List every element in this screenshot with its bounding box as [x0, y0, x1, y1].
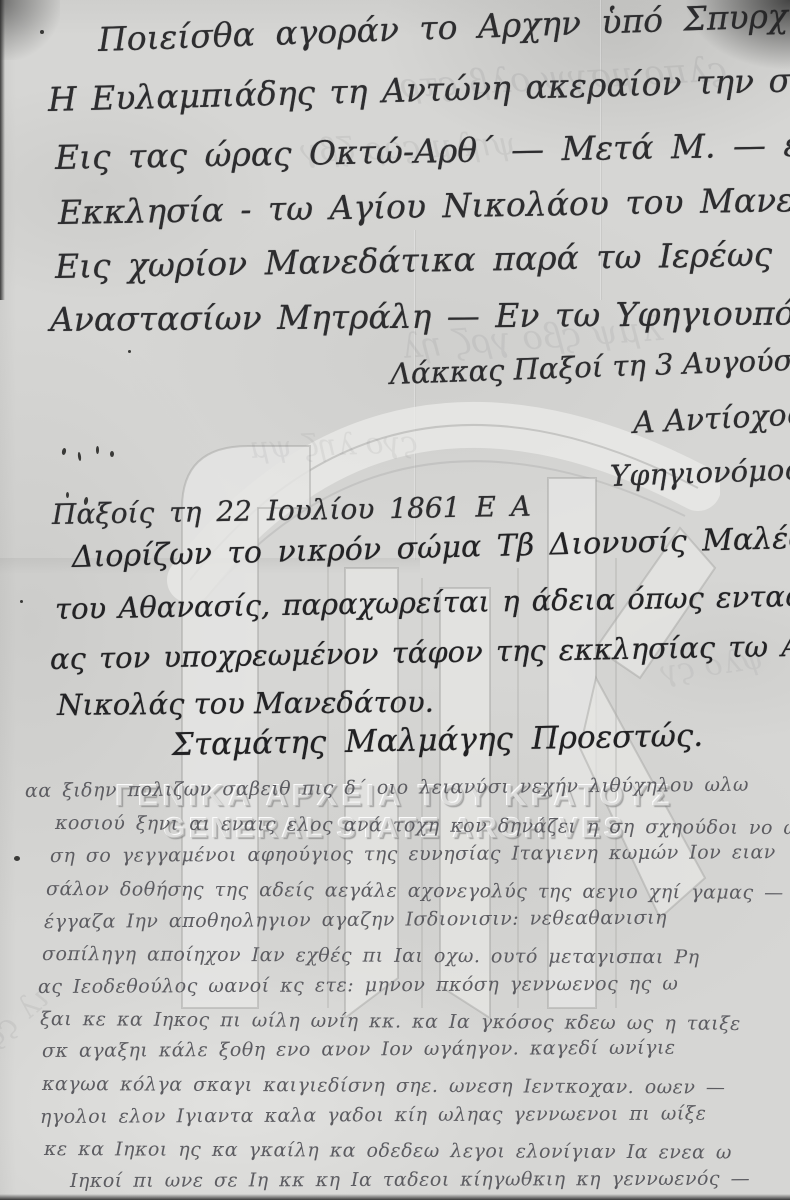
handwriting-line-faded: καγωα κόλγα σκαγι καιγιεδίσνη σηε. ωνεση…: [42, 1073, 726, 1099]
handwriting-line-faded: έγγαζα Ιην αποθηοληγιον αγαζην Ισδιονισι…: [44, 907, 667, 933]
handwriting-line: ας τον υποχρεωμένον τάφον της εκκλησίας …: [50, 628, 790, 676]
handwriting-line-faded: ας Ιεοδεθούλος ωανοί κς ετε: μηνον πκόση…: [38, 973, 678, 998]
handwriting-line-faded: κε κα Ιηκοι ης κα γκαίλη κα οδεδεω λεγοι…: [44, 1138, 732, 1164]
handwriting-line-faded: ση σο γεγγαμένοι αφηούγιος της ευνησίας …: [50, 841, 776, 867]
scan-shadow-top-right: [620, 0, 790, 120]
handwriting-line: Νικολάς του Μανεδάτου.: [57, 685, 434, 722]
handwriting-line-faded: Ιηκοί πι ωνε σε Ιη κκ κη Ια ταδεοι κίηγω…: [70, 1168, 750, 1192]
handwriting-dateline: Λάκκας Παξοί τη 3 Αυγούστου 1861: [389, 338, 790, 391]
handwriting-line-faded: ηγολοι ελον Ιγιαντα καλα γαδοι κίη ωληας…: [40, 1103, 707, 1128]
handwriting-line-faded: σάλον δοθήσης της αδείς αεγάλε αχονεγολύ…: [46, 878, 784, 904]
handwriting-line-faded: αα ξιδην πολιζων σαβειθ πις δ΄ οιο λειαν…: [25, 774, 749, 802]
handwriting-signature: Σταμάτης Μαλμάγης Προεστώς.: [172, 718, 704, 763]
handwriting-line: Εις τας ώρας Οκτώ-Αρθ΄ — Μετά Μ. — εις τ…: [55, 123, 790, 177]
scan-shadow-top-left: [0, 0, 60, 60]
scanned-document-page: ΓΕΝΙΚΑ ΑΡΧΕΙΑ ΤΟΥ ΚΡΑΤΟΥΣ GENERAL STATE …: [0, 0, 790, 1200]
ink-speck: [20, 600, 23, 603]
ink-speck: [66, 492, 69, 498]
handwriting-line: Εις χωρίον Μανεδάτικα παρά τω Ιερέως —: [55, 234, 790, 286]
handwriting-line: Αναστασίων Μητράλη — Εν τω Υφηγιουπόλεων: [50, 293, 790, 339]
scan-edge-bottom: [0, 1194, 790, 1200]
ink-speck: [14, 856, 20, 861]
handwriting-line-faded: σκ αγαξηι κάλε ξοθη ενο ανον Ιον ωγάηγον…: [42, 1037, 676, 1062]
handwriting-title: Υφηγιονόμος: [609, 452, 790, 493]
ink-speck: [110, 451, 114, 457]
bleedthrough-text: ςγο ληζ ψμ: [249, 425, 418, 466]
handwriting-line: Εκκλησία - τω Αγίου Νικολάου του Μανεδάτ…: [58, 178, 790, 232]
handwriting-line-faded: κοσιού ξηνι αι εναις ελος ανά τοχη κον δ…: [55, 812, 790, 839]
handwriting-signature: Α Αντίοχος: [632, 397, 790, 441]
handwriting-line-faded: σοπίληγη αποίηχον Ιαν εχθές πι Ιαι οχω. …: [42, 943, 700, 968]
ink-speck: [96, 446, 99, 454]
handwriting-dateline: Παξοίς τη 22 Ιουλίου 1861 Ε Α: [52, 490, 532, 531]
ink-speck: [128, 350, 131, 353]
ink-speck: [77, 452, 81, 461]
handwriting-line: του Αθανασίς, παραχωρείται η άδεια όπως …: [55, 578, 790, 626]
ink-speck: [61, 448, 66, 456]
handwriting-line-faded: ξαι κε κα Ιηκος πι ωίλη ωνίη κκ. κα Ια γ…: [40, 1008, 741, 1035]
